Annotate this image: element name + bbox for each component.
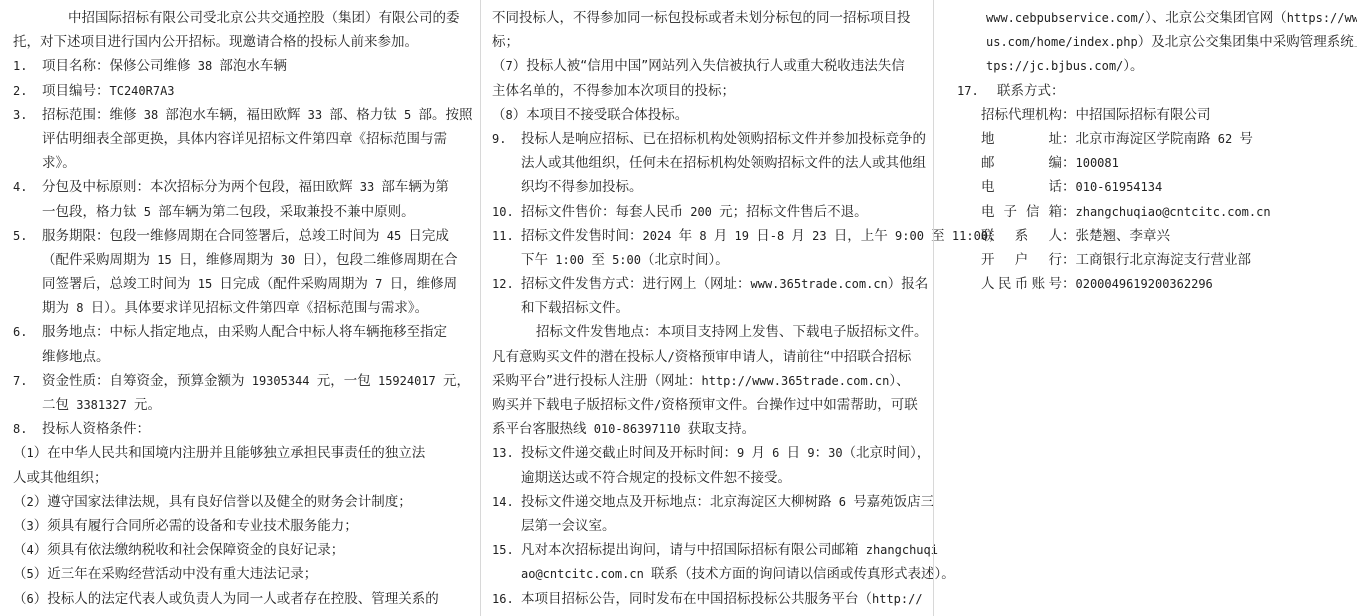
- text-line: us.com/home/index.php）及北京公交集团集中采购管理系统上（h…: [957, 30, 1355, 54]
- list-item-text: 投标人是响应招标、已在招标机构处领购招标文件并参加投标竞争的: [521, 131, 926, 147]
- latin-text: 15: [191, 277, 220, 291]
- latin-text: 38: [137, 108, 166, 122]
- list-item-text: 投标文件递交地点及开标地点：北京海淀区大柳树路 6 号嘉苑饭店三: [521, 494, 934, 510]
- latin-text: 9.: [492, 132, 506, 146]
- latin-text: www.cebpubservice.com/: [986, 11, 1145, 25]
- contact-value: 100081: [1076, 155, 1119, 171]
- contact-label: 开户行: [981, 248, 1062, 272]
- latin-text: 1:00: [548, 253, 591, 267]
- paragraph-text: 采购平台”进行投标人注册（网址：http://www.365trade.com.…: [492, 373, 910, 389]
- text-line: 7.资金性质：自筹资金，预算金额为 19305344 元，一包 15924017…: [13, 369, 475, 393]
- contact-label: 电子信箱: [981, 200, 1062, 224]
- latin-text: 19: [727, 229, 756, 243]
- text-line: 8.投标人资格条件：: [13, 417, 475, 441]
- text-line: （4）须具有依法缴纳税收和社会保障资金的良好记录；: [13, 538, 475, 562]
- latin-text: TC240R7A3: [110, 84, 175, 98]
- list-item-number: 9.: [492, 127, 521, 151]
- text-line: 人民币账号：0200049619200362296: [957, 272, 1355, 296]
- text-line: （6）投标人的法定代表人或负责人为同一人或者存在控股、管理关系的: [13, 587, 475, 611]
- paragraph-text: 购买并下载电子版招标文件/资格预审文件。台操作过中如需帮助，可联: [492, 397, 918, 413]
- list-item-text: 联系方式：: [997, 83, 1065, 99]
- list-item-text: 招标范围：维修 38 部泡水车辆，福田欧辉 33 部、格力钛 5 部。按照: [42, 107, 473, 123]
- latin-text: 5: [27, 567, 34, 581]
- paragraph-text: （6）投标人的法定代表人或负责人为同一人或者存在控股、管理关系的: [13, 591, 439, 607]
- paragraph-text: （3）须具有履行合同所必需的设备和专业技术服务能力；: [13, 518, 358, 534]
- paragraph-text: ao@cntcitc.com.cn 联系（技术方面的询问请以信函或传真形式表述）…: [521, 566, 955, 582]
- text-line: （8）本项目不接受联合体投标。: [492, 103, 930, 127]
- list-item-text: 本项目招标公告，同时发布在中国招标投标公共服务平台（http://: [521, 591, 923, 607]
- list-item-number: 11.: [492, 224, 521, 248]
- text-line: （5）近三年在采购经营活动中没有重大违法记录；: [13, 562, 475, 586]
- contact-value: 中招国际招标有限公司: [1076, 107, 1211, 123]
- text-line: （1）在中华人民共和国境内注册并且能够独立承担民事责任的独立法: [13, 441, 475, 465]
- list-item-text: 投标文件递交截止时间及开标时间：9 月 6 日 9：30（北京时间），: [521, 445, 930, 461]
- paragraph-text: 人或其他组织；: [13, 470, 108, 486]
- list-item-number: 10.: [492, 200, 521, 224]
- list-item-text: 资金性质：自筹资金，预算金额为 19305344 元，一包 15924017 元…: [42, 373, 470, 389]
- latin-text: 9: [800, 446, 814, 460]
- latin-text: us.com/home/index.php: [986, 35, 1138, 49]
- latin-text: 5.: [13, 229, 27, 243]
- latin-text: /: [654, 398, 661, 412]
- list-item-text: 招标文件售价：每套人民币 200 元；招标文件售后不退。: [521, 204, 868, 220]
- contact-value: 北京市海淀区学院南路 62 号: [1076, 131, 1253, 147]
- column-divider-2: [933, 0, 934, 616]
- list-item-number: 8.: [13, 417, 42, 441]
- latin-text: 6: [27, 592, 34, 606]
- contact-colon: ：: [1062, 276, 1076, 292]
- paragraph-text: 二包 3381327 元。: [42, 397, 161, 413]
- list-item-text: 凡对本次招标提出询问，请与中招国际招标有限公司邮箱 zhangchuqi: [521, 542, 938, 558]
- text-line: 评估明细表全部更换，具体内容详见招标文件第四章《招标范围与需: [13, 127, 475, 151]
- paragraph-text: （1）在中华人民共和国境内注册并且能够独立承担民事责任的独立法: [13, 445, 425, 461]
- latin-text: 7.: [13, 374, 27, 388]
- text-line: 5.服务期限：包段一维修周期在合同签署后，总竣工时间为 45 日完成: [13, 224, 475, 248]
- latin-text: 7: [368, 277, 390, 291]
- list-item-number: 1.: [13, 54, 42, 78]
- latin-text: 5: [397, 108, 419, 122]
- list-item-number: 15.: [492, 538, 521, 562]
- latin-text: 13.: [492, 446, 514, 460]
- text-line: 3.招标范围：维修 38 部泡水车辆，福田欧辉 33 部、格力钛 5 部。按照: [13, 103, 475, 127]
- text-line: 人或其他组织；: [13, 466, 475, 490]
- paragraph-text: 不同投标人，不得参加同一标包投标或者未划分标包的同一招标项目投: [492, 10, 911, 26]
- latin-text: 6: [832, 495, 854, 509]
- latin-text: 23: [805, 229, 834, 243]
- text-line: 13.投标文件递交截止时间及开标时间：9 月 6 日 9：30（北京时间），: [492, 441, 930, 465]
- text-line: 标；: [492, 30, 930, 54]
- list-item-number: 4.: [13, 175, 42, 199]
- latin-text: /: [668, 350, 675, 364]
- list-item-number: 12.: [492, 272, 521, 296]
- list-item-text: 服务地点：中标人指定地点，由采购人配合中标人将车辆拖移至指定: [42, 324, 447, 340]
- paragraph-text: us.com/home/index.php）及北京公交集团集中采购管理系统上（h…: [986, 34, 1357, 50]
- latin-text: 15.: [492, 543, 514, 557]
- latin-text: 100081: [1076, 156, 1119, 170]
- list-item-number: 2.: [13, 79, 42, 103]
- paragraph-text: 同签署后，总竣工时间为 15 日完成（配件采购周期为 7 日，维修周: [42, 276, 457, 292]
- paragraph-text: （8）本项目不接受联合体投标。: [492, 107, 688, 123]
- text-line: 16.本项目招标公告，同时发布在中国招标投标公共服务平台（http://: [492, 587, 930, 611]
- contact-colon: ：: [1062, 131, 1076, 147]
- paragraph-text: 期为 8 日）。具体要求详见招标文件第四章《招标范围与需求》。: [42, 300, 428, 316]
- latin-text: 12.: [492, 277, 514, 291]
- document-column-1: 中招国际招标有限公司受北京公共交通控股（集团）有限公司的委托，对下述项目进行国内…: [13, 6, 475, 611]
- latin-text: 1.: [13, 59, 27, 73]
- list-item-text: 项目名称：保修公司维修 38 部泡水车辆: [42, 58, 287, 74]
- latin-text: 200: [683, 205, 719, 219]
- list-item-number: 6.: [13, 320, 42, 344]
- contact-label: 招标代理机构: [981, 103, 1062, 127]
- latin-text: 0200049619200362296: [1076, 277, 1213, 291]
- latin-text: 33: [300, 108, 329, 122]
- text-line: 17.联系方式：: [957, 79, 1355, 103]
- latin-text: 010-61954134: [1076, 180, 1163, 194]
- text-line: 法人或其他组织，任何未在招标机构处领购招标文件的法人或其他组: [492, 151, 930, 175]
- contact-label: 邮编: [981, 151, 1062, 175]
- paragraph-text: 招标文件发售地点：本项目支持网上发售、下载电子版招标文件。: [536, 324, 928, 340]
- latin-text: 38: [191, 59, 220, 73]
- text-line: ao@cntcitc.com.cn 联系（技术方面的询问请以信函或传真形式表述）…: [492, 562, 930, 586]
- text-line: 12.招标文件发售方式：进行网上（网址：www.365trade.com.cn）…: [492, 272, 930, 296]
- paragraph-text: 逾期送达或不符合规定的投标文件恕不接受。: [521, 470, 791, 486]
- latin-text: 30: [273, 253, 302, 267]
- text-line: （配件采购周期为 15 日，维修周期为 30 日），包段二维修周期在合: [13, 248, 475, 272]
- latin-text: http://: [872, 592, 923, 606]
- latin-text: zhangchuqi: [859, 543, 938, 557]
- latin-text: 5: [137, 205, 159, 219]
- latin-text: 4: [27, 543, 34, 557]
- text-line: 招标文件发售地点：本项目支持网上发售、下载电子版招标文件。: [492, 320, 930, 344]
- paragraph-text: （5）近三年在采购经营活动中没有重大违法记录；: [13, 566, 317, 582]
- text-line: 织均不得参加投标。: [492, 175, 930, 199]
- contact-label: 人民币账号: [981, 272, 1062, 296]
- text-line: 求》。: [13, 151, 475, 175]
- paragraph-text: 系平台客服热线 010-86397110 获取支持。: [492, 421, 755, 437]
- paragraph-text: （4）须具有依法缴纳税收和社会保障资金的良好记录；: [13, 542, 344, 558]
- text-line: 购买并下载电子版招标文件/资格预审文件。台操作过中如需帮助，可联: [492, 393, 930, 417]
- contact-colon: ：: [1062, 179, 1076, 195]
- text-line: 主体名单的，不得参加本次项目的投标；: [492, 79, 930, 103]
- latin-text: 8: [692, 229, 714, 243]
- list-item-text: 招标文件发售方式：进行网上（网址：www.365trade.com.cn）报名: [521, 276, 928, 292]
- latin-text: ao@cntcitc.com.cn: [521, 567, 651, 581]
- list-item-text: 招标文件发售时间：2024 年 8 月 19 日-8 月 23 日，上午 9:0…: [521, 228, 1002, 244]
- latin-text: 16.: [492, 592, 514, 606]
- list-item-text: 服务期限：包段一维修周期在合同签署后，总竣工时间为 45 日完成: [42, 228, 449, 244]
- paragraph-text: 托，对下述项目进行国内公开招标。现邀请合格的投标人前来参加。: [13, 34, 418, 50]
- latin-text: www.365trade.com.cn: [751, 277, 888, 291]
- paragraph-text: 主体名单的，不得参加本次项目的投标；: [492, 83, 735, 99]
- latin-text: 2.: [13, 84, 27, 98]
- text-line: tps://jc.bjbus.com/）。: [957, 54, 1355, 78]
- text-line: 采购平台”进行投标人注册（网址：http://www.365trade.com.…: [492, 369, 930, 393]
- text-line: 1.项目名称：保修公司维修 38 部泡水车辆: [13, 54, 475, 78]
- latin-text: 8.: [13, 422, 27, 436]
- contact-colon: ：: [1062, 252, 1076, 268]
- paragraph-text: 中招国际招标有限公司受北京公共交通控股（集团）有限公司的委: [68, 10, 460, 26]
- paragraph-text: 维修地点。: [42, 349, 110, 365]
- contact-value: zhangchuqiao@cntcitc.com.cn: [1076, 204, 1271, 220]
- latin-text: 8: [69, 301, 91, 315]
- text-line: 6.服务地点：中标人指定地点，由采购人配合中标人将车辆拖移至指定: [13, 320, 475, 344]
- paragraph-text: 法人或其他组织，任何未在招标机构处领购招标文件的法人或其他组: [521, 155, 926, 171]
- text-line: （2）遵守国家法律法规，具有良好信誉以及健全的财务会计制度；: [13, 490, 475, 514]
- latin-text: 4.: [13, 180, 27, 194]
- latin-text: 3381327: [69, 398, 134, 412]
- list-item-number: 13.: [492, 441, 521, 465]
- text-line: 一包段，格力钛 5 部车辆为第二包段，采取兼投不兼中原则。: [13, 200, 475, 224]
- latin-text: 45: [380, 229, 409, 243]
- latin-text: http://www.365trade.com.cn: [702, 374, 890, 388]
- text-line: 电子信箱：zhangchuqiao@cntcitc.com.cn: [957, 200, 1355, 224]
- text-line: 15.凡对本次招标提出询问，请与中招国际招标有限公司邮箱 zhangchuqi: [492, 538, 930, 562]
- contact-value: 张楚翘、李章兴: [1076, 228, 1171, 244]
- list-item-number: 17.: [957, 79, 997, 103]
- text-line: 4.分包及中标原则：本次招标分为两个包段，福田欧辉 33 部车辆为第: [13, 175, 475, 199]
- latin-text: 9:00: [888, 229, 931, 243]
- text-line: 联系人：张楚翘、李章兴: [957, 224, 1355, 248]
- contact-colon: ：: [1062, 155, 1076, 171]
- paragraph-text: tps://jc.bjbus.com/）。: [986, 58, 1144, 74]
- document-column-2: 不同投标人，不得参加同一标包投标或者未划分标包的同一招标项目投标；（7）投标人被…: [492, 6, 930, 611]
- list-item-number: 7.: [13, 369, 42, 393]
- paragraph-text: 织均不得参加投标。: [521, 179, 643, 195]
- latin-text: tps://jc.bjbus.com/: [986, 59, 1123, 73]
- latin-text: 1: [27, 446, 34, 460]
- list-item-text: 投标人资格条件：: [42, 421, 150, 437]
- latin-text: zhangchuqiao@cntcitc.com.cn: [1076, 205, 1271, 219]
- contact-value: 010-61954134: [1076, 179, 1163, 195]
- latin-text: 010-86397110: [587, 422, 688, 436]
- text-line: 和下载招标文件。: [492, 296, 930, 320]
- text-line: 托，对下述项目进行国内公开招标。现邀请合格的投标人前来参加。: [13, 30, 475, 54]
- text-line: 10.招标文件售价：每套人民币 200 元；招标文件售后不退。: [492, 200, 930, 224]
- latin-text: 8: [506, 108, 513, 122]
- paragraph-text: 凡有意购买文件的潜在投标人/资格预审申请人，请前往“中招联合招标: [492, 349, 911, 365]
- latin-text: 19305344: [245, 374, 317, 388]
- paragraph-text: （配件采购周期为 15 日，维修周期为 30 日），包段二维修周期在合: [42, 252, 458, 268]
- text-line: 凡有意购买文件的潜在投标人/资格预审申请人，请前往“中招联合招标: [492, 345, 930, 369]
- text-line: 同签署后，总竣工时间为 15 日完成（配件采购周期为 7 日，维修周: [13, 272, 475, 296]
- text-line: 系平台客服热线 010-86397110 获取支持。: [492, 417, 930, 441]
- list-item-number: 16.: [492, 587, 521, 611]
- latin-text: 17.: [957, 84, 979, 98]
- paragraph-text: 下午 1:00 至 5:00（北京时间）。: [521, 252, 729, 268]
- contact-colon: ：: [1062, 204, 1076, 220]
- latin-text: -8: [770, 229, 792, 243]
- contact-colon: ：: [1062, 107, 1076, 123]
- document-column-3: www.cebpubservice.com/）、北京公交集团官网（https:/…: [957, 6, 1355, 296]
- text-line: 下午 1:00 至 5:00（北京时间）。: [492, 248, 930, 272]
- contact-label: 电话: [981, 175, 1062, 199]
- contact-colon: ：: [1062, 228, 1076, 244]
- list-item-text: 项目编号：TC240R7A3: [42, 83, 175, 99]
- contact-value: 0200049619200362296: [1076, 276, 1213, 292]
- text-line: 11.招标文件发售时间：2024 年 8 月 19 日-8 月 23 日，上午 …: [492, 224, 930, 248]
- text-line: 招标代理机构：中招国际招标有限公司: [957, 103, 1355, 127]
- paragraph-text: 标；: [492, 34, 519, 50]
- paragraph-text: 评估明细表全部更换，具体内容详见招标文件第四章《招标范围与需: [42, 131, 447, 147]
- paragraph-text: 层第一会议室。: [521, 518, 616, 534]
- latin-text: 11.: [492, 229, 514, 243]
- text-line: 维修地点。: [13, 345, 475, 369]
- paragraph-text: 一包段，格力钛 5 部车辆为第二包段，采取兼投不兼中原则。: [42, 204, 415, 220]
- paragraph-text: 求》。: [42, 155, 76, 171]
- paragraph-text: （7）投标人被“信用中国”网站列入失信被执行人或重大税收违法失信: [492, 58, 905, 74]
- latin-text: 14.: [492, 495, 514, 509]
- text-line: 逾期送达或不符合规定的投标文件恕不接受。: [492, 466, 930, 490]
- text-line: 开户行：工商银行北京海淀支行营业部: [957, 248, 1355, 272]
- document-page: 中招国际招标有限公司受北京公共交通控股（集团）有限公司的委托，对下述项目进行国内…: [0, 0, 1357, 616]
- latin-text: https://www.bjb: [1287, 11, 1357, 25]
- latin-text: 30: [828, 446, 842, 460]
- latin-text: 33: [353, 180, 382, 194]
- latin-text: 9: [737, 446, 751, 460]
- latin-text: 15: [150, 253, 179, 267]
- list-item-text: 分包及中标原则：本次招标分为两个包段，福田欧辉 33 部车辆为第: [42, 179, 449, 195]
- latin-text: 5:00: [605, 253, 641, 267]
- text-line: 14.投标文件递交地点及开标地点：北京海淀区大柳树路 6 号嘉苑饭店三: [492, 490, 930, 514]
- text-line: 电话：010-61954134: [957, 175, 1355, 199]
- text-line: 不同投标人，不得参加同一标包投标或者未划分标包的同一招标项目投: [492, 6, 930, 30]
- latin-text: 6.: [13, 325, 27, 339]
- latin-text: 2024: [643, 229, 679, 243]
- text-line: 9.投标人是响应招标、已在招标机构处领购招标文件并参加投标竞争的: [492, 127, 930, 151]
- text-line: 期为 8 日）。具体要求详见招标文件第四章《招标范围与需求》。: [13, 296, 475, 320]
- list-item-number: 14.: [492, 490, 521, 514]
- paragraph-text: www.cebpubservice.com/）、北京公交集团官网（https:/…: [986, 10, 1357, 26]
- text-line: 中招国际招标有限公司受北京公共交通控股（集团）有限公司的委: [13, 6, 475, 30]
- text-line: （3）须具有履行合同所必需的设备和专业技术服务能力；: [13, 514, 475, 538]
- column-divider-1: [480, 0, 481, 616]
- latin-text: 3.: [13, 108, 27, 122]
- text-line: 2.项目编号：TC240R7A3: [13, 79, 475, 103]
- contact-value: 工商银行北京海淀支行营业部: [1076, 252, 1252, 268]
- latin-text: 7: [506, 59, 513, 73]
- latin-text: 15924017: [371, 374, 443, 388]
- latin-text: 2: [27, 495, 34, 509]
- text-line: （7）投标人被“信用中国”网站列入失信被执行人或重大税收违法失信: [492, 54, 930, 78]
- latin-text: 62: [1211, 132, 1240, 146]
- list-item-number: 3.: [13, 103, 42, 127]
- latin-text: 6: [765, 446, 787, 460]
- text-line: www.cebpubservice.com/）、北京公交集团官网（https:/…: [957, 6, 1355, 30]
- paragraph-text: 和下载招标文件。: [521, 300, 629, 316]
- latin-text: 10.: [492, 205, 514, 219]
- text-line: 层第一会议室。: [492, 514, 930, 538]
- text-line: 地址：北京市海淀区学院南路 62 号: [957, 127, 1355, 151]
- contact-label: 地址: [981, 127, 1062, 151]
- list-item-number: 5.: [13, 224, 42, 248]
- text-line: 邮编：100081: [957, 151, 1355, 175]
- contact-label: 联系人: [981, 224, 1062, 248]
- latin-text: 3: [27, 519, 34, 533]
- text-line: 二包 3381327 元。: [13, 393, 475, 417]
- paragraph-text: （2）遵守国家法律法规，具有良好信誉以及健全的财务会计制度；: [13, 494, 412, 510]
